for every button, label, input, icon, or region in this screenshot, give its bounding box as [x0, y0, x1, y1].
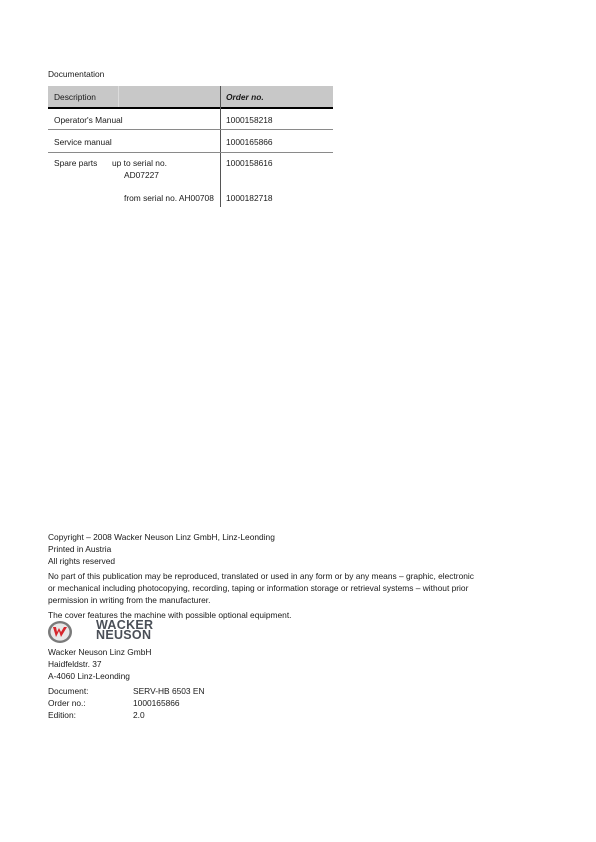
- printed-in-text: Printed in Austria: [48, 544, 111, 554]
- table-row: Spare parts up to serial no. AD07227 100…: [48, 153, 333, 187]
- table-row: Service manual 1000165866: [48, 130, 333, 153]
- row-description: Service manual: [54, 137, 112, 147]
- row-order-no: 1000158218: [226, 115, 273, 125]
- header-divider: [118, 86, 119, 107]
- logo-line-2: NEUSON: [96, 630, 153, 640]
- notice-line: No part of this publication may be repro…: [48, 571, 474, 581]
- documentation-heading: Documentation: [48, 69, 104, 79]
- cover-note: The cover features the machine with poss…: [48, 610, 291, 620]
- row-order-no: 1000158616: [226, 158, 273, 168]
- column-header-description: Description: [54, 92, 96, 102]
- row-serial-range: from serial no. AH00708: [124, 193, 214, 203]
- row-serial-number: AD07227: [124, 170, 159, 180]
- wacker-neuson-emblem-icon: [47, 620, 73, 644]
- notice-line: permission in writing from the manufactu…: [48, 595, 210, 605]
- row-order-no: 1000182718: [226, 193, 273, 203]
- company-city: A-4060 Linz-Leonding: [48, 671, 130, 681]
- row-serial-range: up to serial no.: [112, 158, 167, 168]
- meta-label-document: Document:: [48, 686, 89, 696]
- row-order-no: 1000165866: [226, 137, 273, 147]
- rights-text: All rights reserved: [48, 556, 115, 566]
- meta-value-document: SERV-HB 6503 EN: [133, 686, 205, 696]
- table-row: from serial no. AH00708 1000182718: [48, 187, 333, 209]
- meta-label-edition: Edition:: [48, 710, 76, 720]
- meta-label-order-no: Order no.:: [48, 698, 86, 708]
- company-street: Haidfeldstr. 37: [48, 659, 102, 669]
- wacker-neuson-logo: WACKER NEUSON: [96, 620, 153, 640]
- table-row: Operator's Manual 1000158218: [48, 109, 333, 130]
- documentation-table: Description Order no. Operator's Manual …: [48, 86, 333, 209]
- company-name: Wacker Neuson Linz GmbH: [48, 647, 151, 657]
- notice-line: or mechanical including photocopying, re…: [48, 583, 468, 593]
- column-header-order-no: Order no.: [226, 92, 264, 102]
- meta-value-order-no: 1000165866: [133, 698, 180, 708]
- table-header: Description Order no.: [48, 86, 333, 109]
- row-description: Operator's Manual: [54, 115, 123, 125]
- copyright-text: Copyright – 2008 Wacker Neuson Linz GmbH…: [48, 532, 275, 542]
- meta-value-edition: 2.0: [133, 710, 145, 720]
- row-description: Spare parts: [54, 158, 97, 168]
